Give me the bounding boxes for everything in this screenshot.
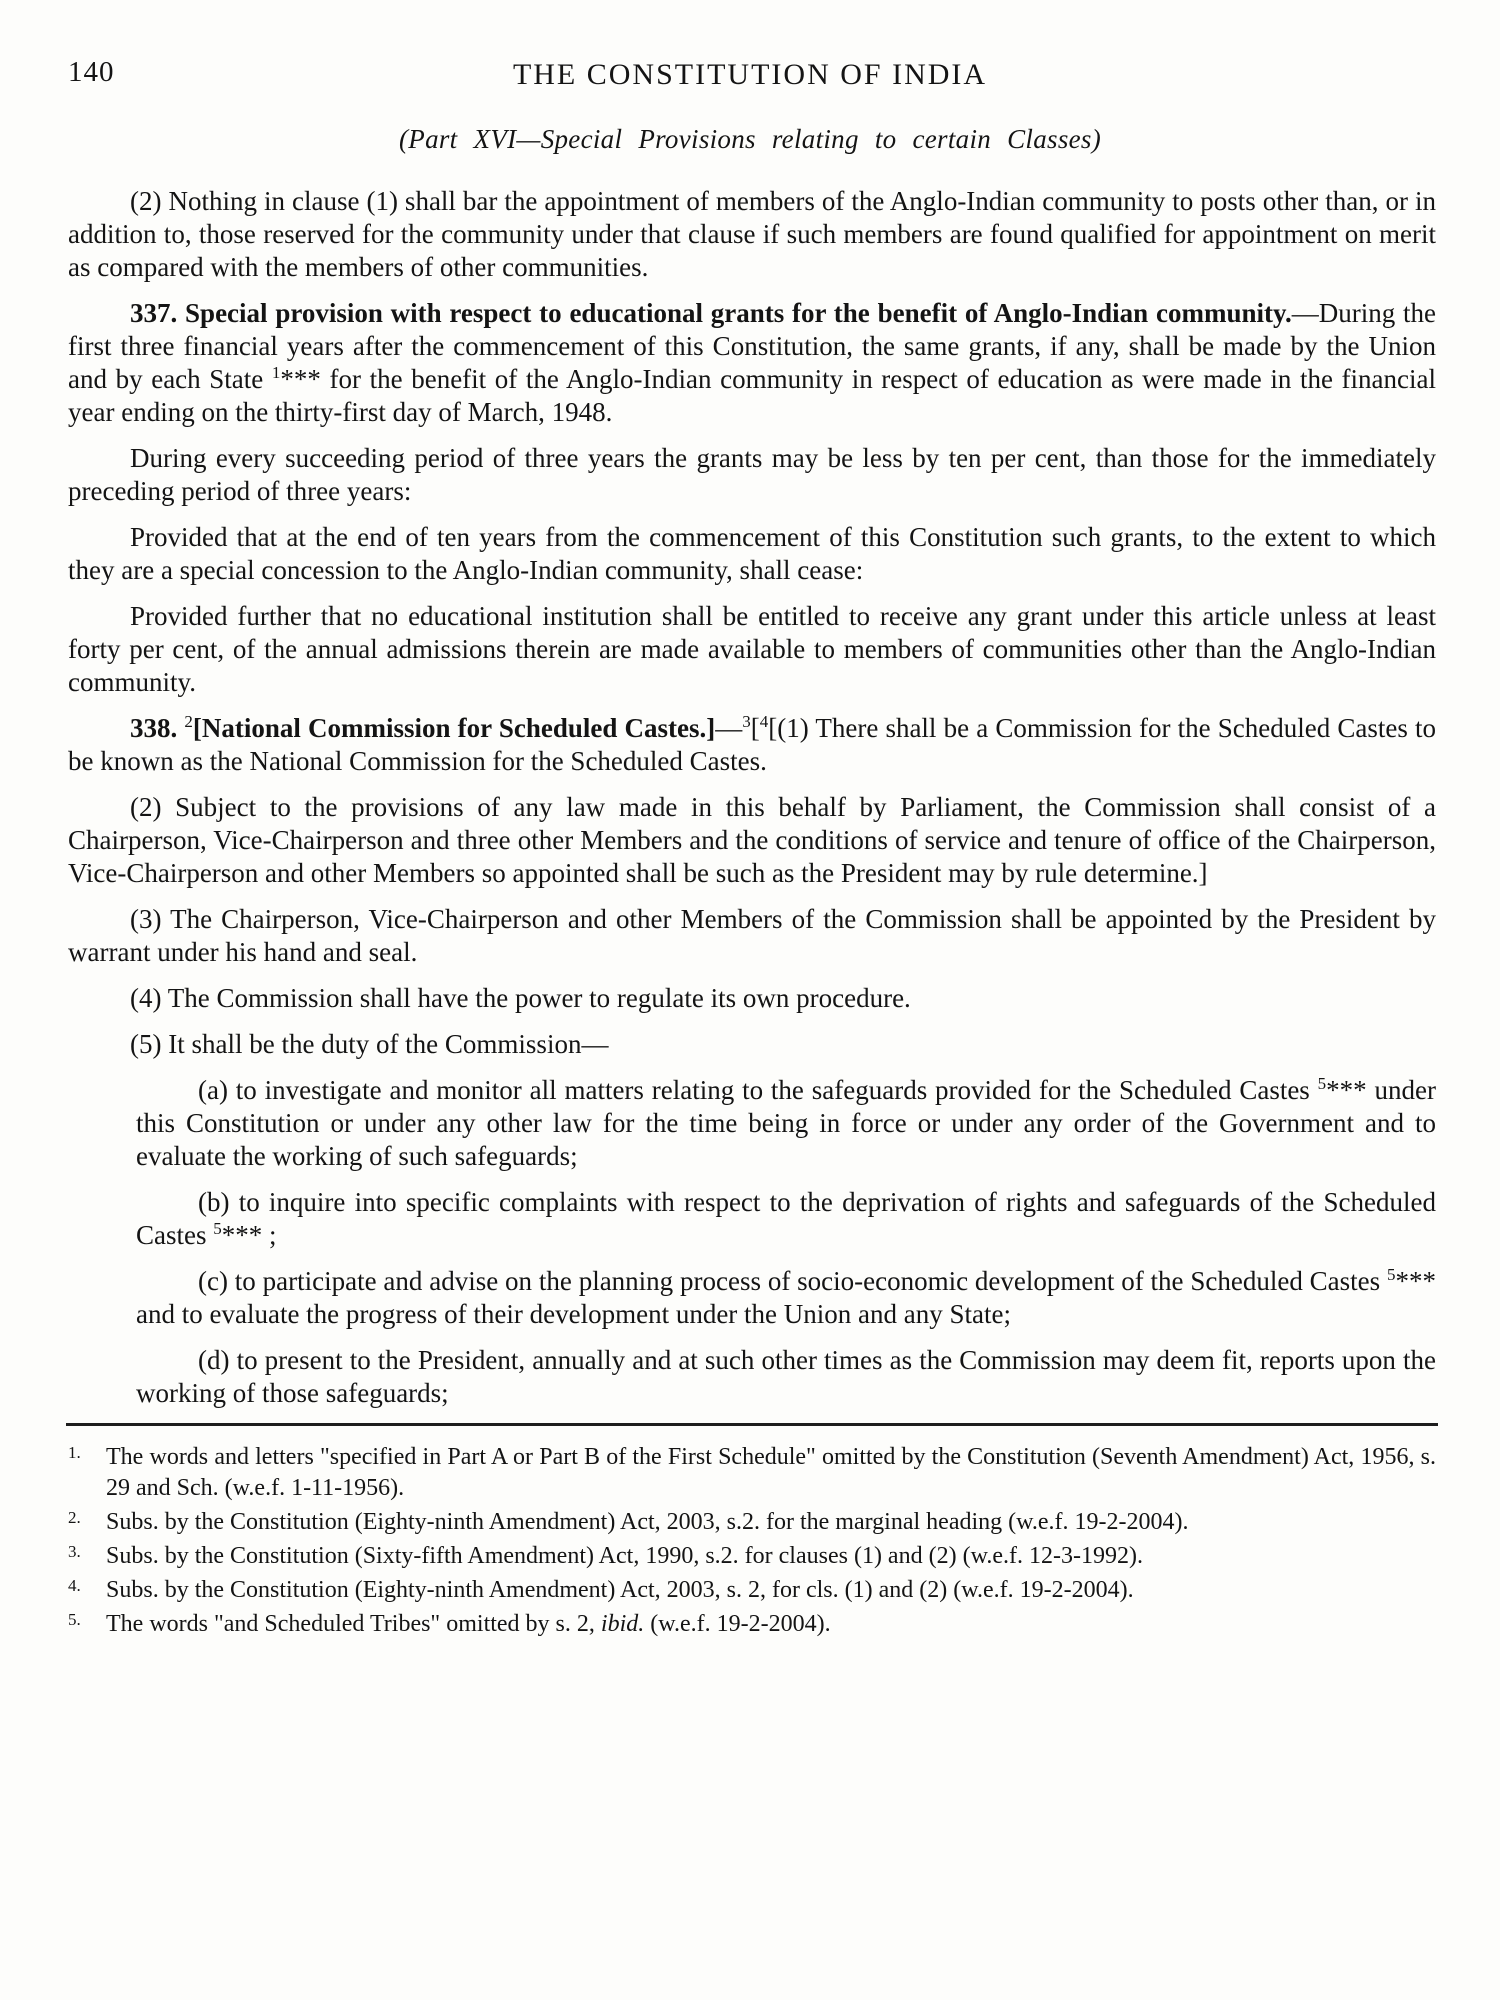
footnote-reference: 5	[1318, 1074, 1327, 1093]
clause-paragraph: (c) to participate and advise on the pla…	[136, 1265, 1436, 1331]
part-heading: (Part XVI—Special Provisions relating to…	[0, 124, 1500, 155]
footnote-number: 2.	[68, 1502, 81, 1533]
footnote-number: 5.	[68, 1604, 81, 1635]
footnote-text: Subs. by the Constitution (Eighty-ninth …	[106, 1577, 1134, 1603]
page-title: THE CONSTITUTION OF INDIA	[0, 58, 1500, 92]
footnote: 1.The words and letters "specified in Pa…	[68, 1442, 1436, 1504]
footnote-reference: 5	[213, 1219, 222, 1238]
footnote-text: The words "and Scheduled Tribes" omitted…	[106, 1611, 831, 1637]
paragraph: 338. 2[National Commission for Scheduled…	[68, 712, 1436, 778]
footnote-reference: 5	[1387, 1265, 1396, 1284]
footnote-text: Subs. by the Constitution (Eighty-ninth …	[106, 1509, 1189, 1535]
paragraph: (4) The Commission shall have the power …	[68, 982, 1436, 1015]
footnote-number: 4.	[68, 1570, 81, 1601]
paragraph: (2) Subject to the provisions of any law…	[68, 791, 1436, 890]
paragraph: During every succeeding period of three …	[68, 442, 1436, 508]
paragraph: Provided further that no educational ins…	[68, 600, 1436, 699]
article-text: (2) Nothing in clause (1) shall bar the …	[68, 185, 1436, 1410]
footnote-reference: 2	[184, 712, 193, 731]
footnote-number: 3.	[68, 1536, 81, 1567]
clause-paragraph: (b) to inquire into specific complaints …	[136, 1186, 1436, 1252]
paragraph: (3) The Chairperson, Vice-Chairperson an…	[68, 903, 1436, 969]
footnote: 5.The words "and Scheduled Tribes" omitt…	[68, 1609, 1436, 1640]
footnote-text: Subs. by the Constitution (Sixty-fifth A…	[106, 1543, 1143, 1569]
page-number: 140	[68, 56, 115, 89]
paragraph: 337. Special provision with respect to e…	[68, 297, 1436, 429]
footnote: 3.Subs. by the Constitution (Sixty-fifth…	[68, 1541, 1436, 1572]
footnote-separator	[66, 1423, 1438, 1426]
footnote: 4.Subs. by the Constitution (Eighty-nint…	[68, 1575, 1436, 1606]
book-page: 140 THE CONSTITUTION OF INDIA (Part XVI—…	[0, 0, 1500, 2000]
footnote: 2.Subs. by the Constitution (Eighty-nint…	[68, 1507, 1436, 1538]
page-header: 140 THE CONSTITUTION OF INDIA	[0, 0, 1500, 100]
footnotes: 1.The words and letters "specified in Pa…	[68, 1442, 1436, 1640]
footnote-reference: 4	[760, 712, 769, 731]
clause-paragraph: (a) to investigate and monitor all matte…	[136, 1074, 1436, 1173]
footnote-number: 1.	[68, 1437, 81, 1468]
footnote-text: The words and letters "specified in Part…	[106, 1444, 1436, 1501]
paragraph: (2) Nothing in clause (1) shall bar the …	[68, 185, 1436, 284]
paragraph: Provided that at the end of ten years fr…	[68, 521, 1436, 587]
footnote-reference: 3	[742, 712, 751, 731]
paragraph: (5) It shall be the duty of the Commissi…	[68, 1028, 1436, 1061]
clause-paragraph: (d) to present to the President, annuall…	[136, 1344, 1436, 1410]
